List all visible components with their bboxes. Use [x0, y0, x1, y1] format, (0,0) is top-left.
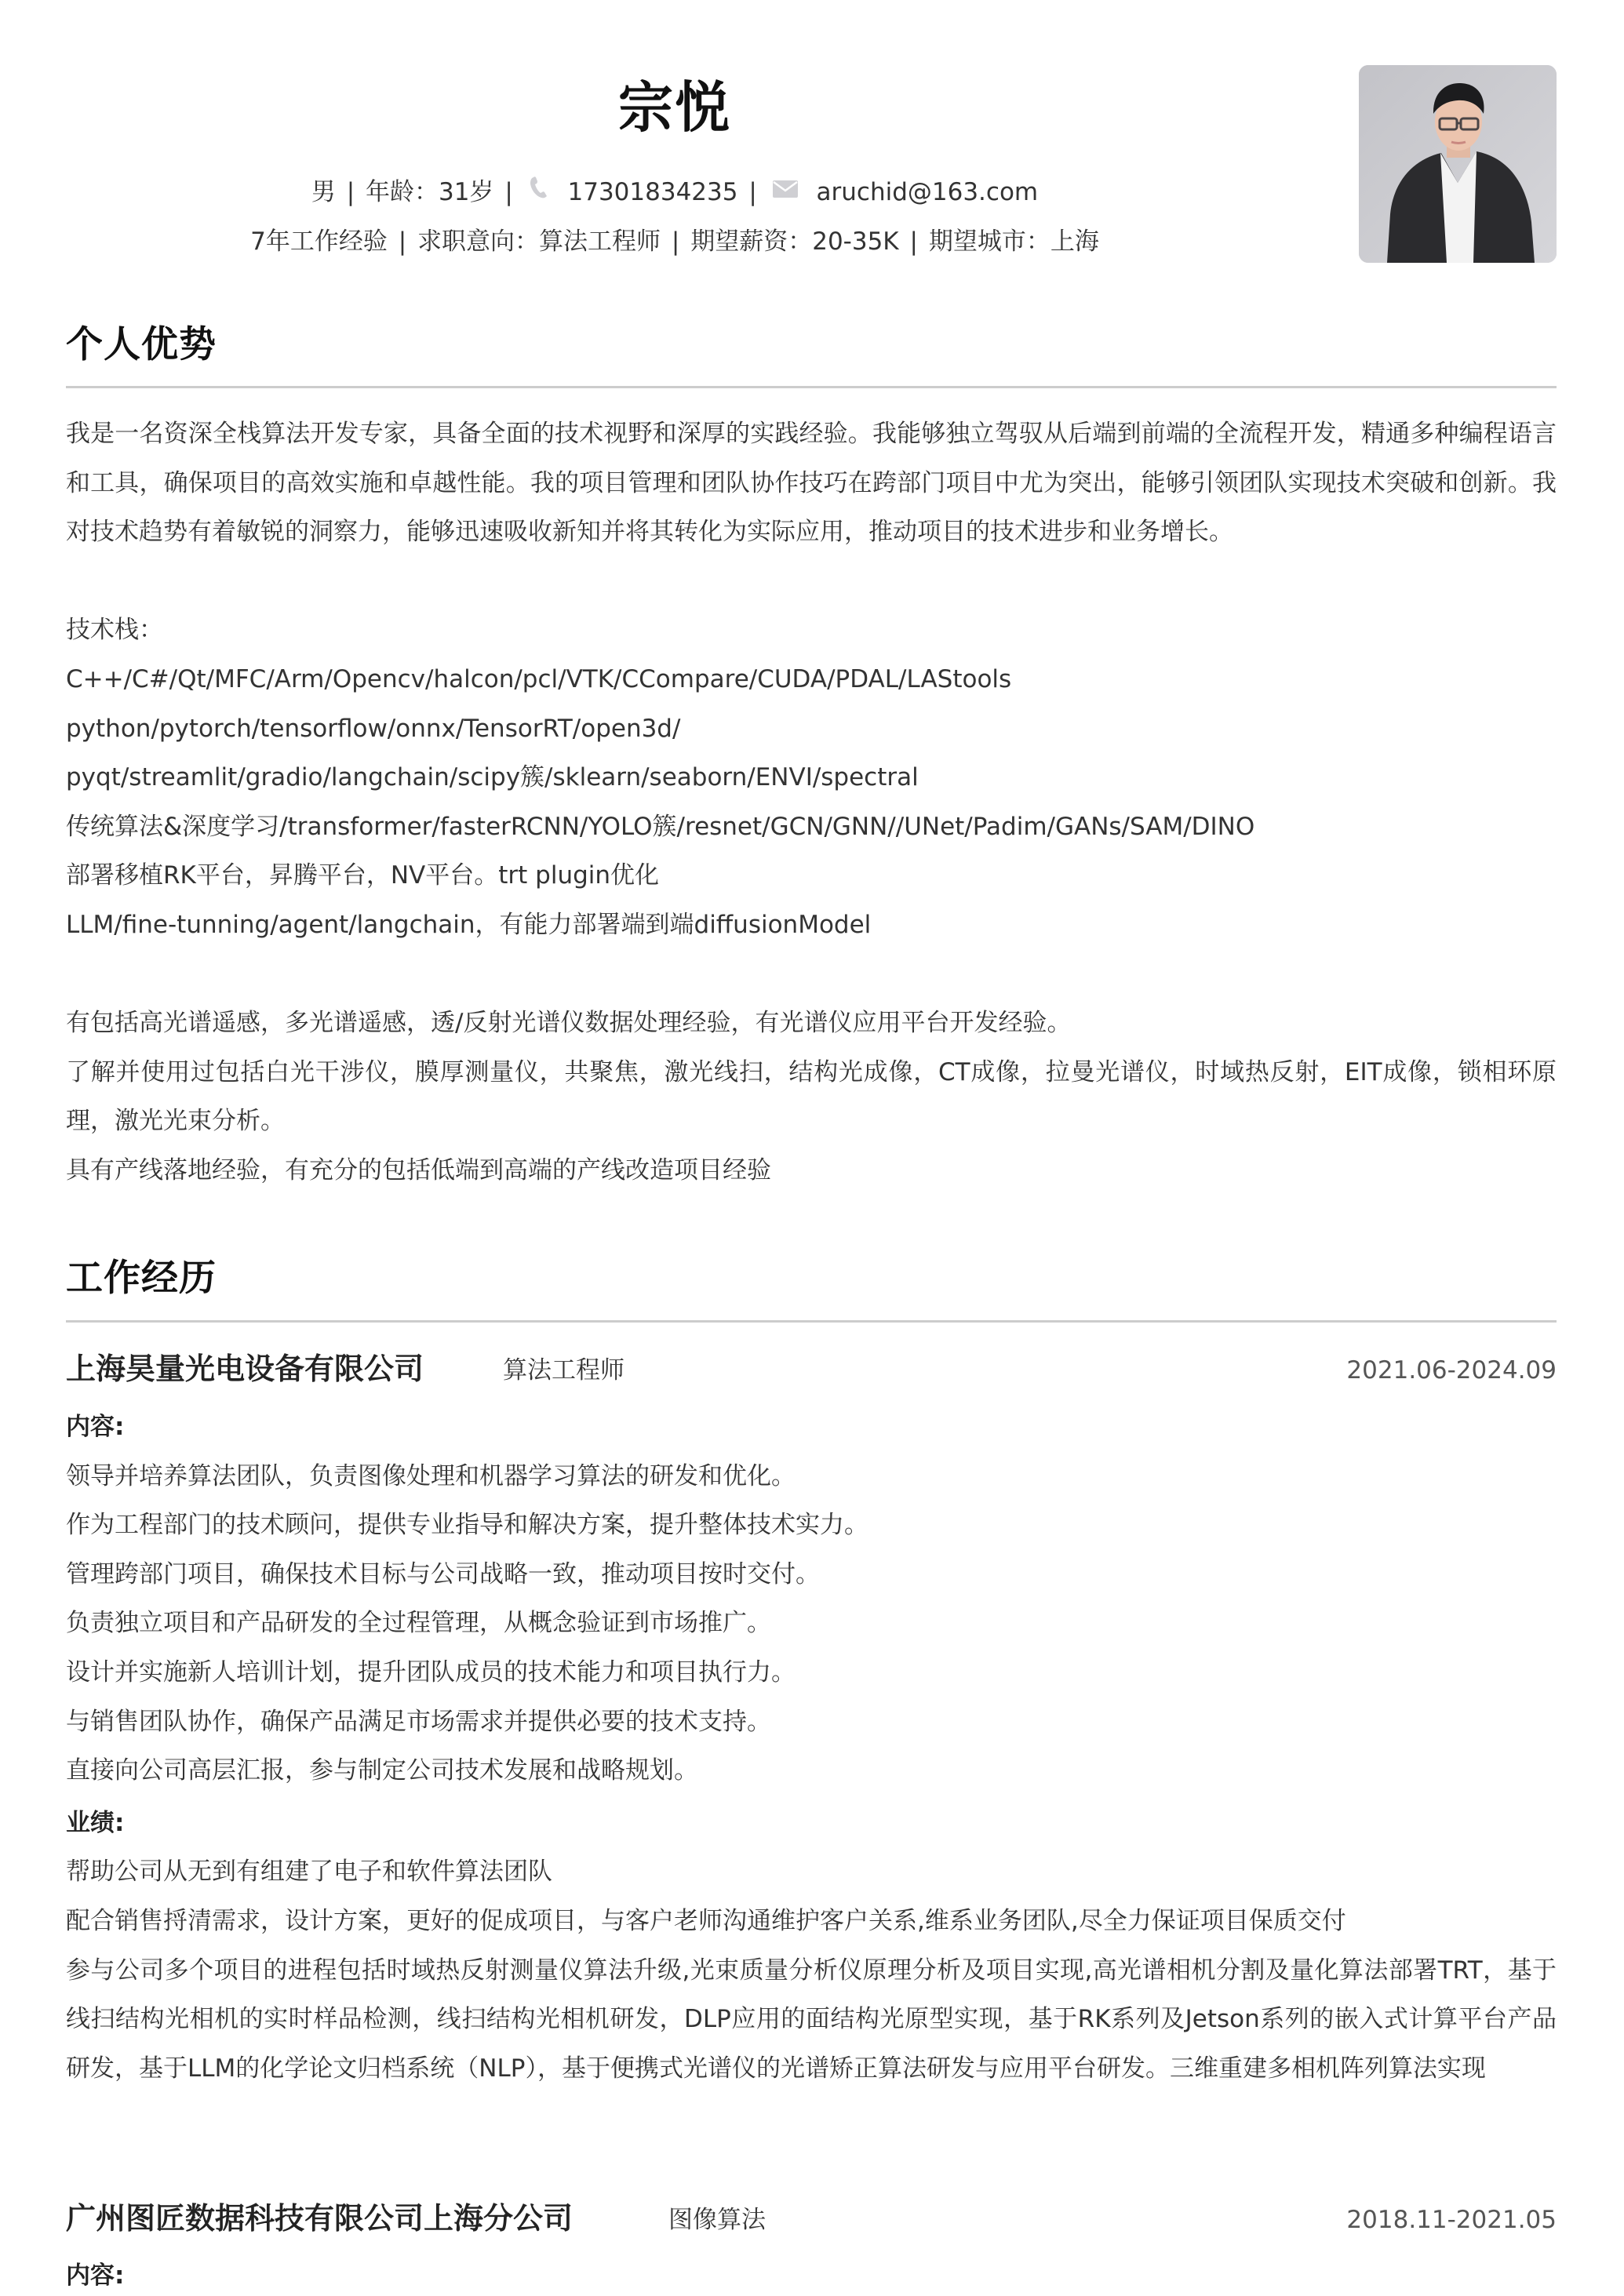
content-item: 管理跨部门项目，确保技术目标与公司战略一致，推动项目按时交付。 — [66, 1550, 1557, 1599]
separator: | — [504, 178, 512, 206]
years-experience: 7年工作经验 — [250, 227, 388, 256]
advantages-content: 我是一名资深全栈算法开发专家，具备全面的技术视野和深厚的实践经验。我能够独立驾驭… — [66, 409, 1557, 1195]
expected-city: 期望城市：上海 — [929, 227, 1099, 256]
section-divider — [66, 386, 1557, 388]
content-item: 与销售团队协作，确保产品满足市场需求并提供必要的技术支持。 — [66, 1697, 1557, 1747]
tech-stack-line: pyqt/streamlit/gradio/langchain/scipy簇/s… — [66, 753, 1557, 802]
job-date-range: 2018.11-2021.05 — [1346, 2196, 1557, 2243]
advantages-intro: 我是一名资深全栈算法开发专家，具备全面的技术视野和深厚的实践经验。我能够独立驾驭… — [66, 409, 1557, 557]
experience-line: 有包括高光谱遥感，多光谱遥感，透/反射光谱仪数据处理经验，有光谱仪应用平台开发经… — [66, 999, 1557, 1048]
content-item: 设计并实施新人培训计划，提升团队成员的技术能力和项目执行力。 — [66, 1648, 1557, 1697]
company-name: 上海昊量光电设备有限公司 — [66, 1345, 424, 1392]
basic-info-line: 男 | 年龄：31岁 | 17301834235 | aruchid@163.c… — [66, 175, 1284, 211]
experience-line: 了解并使用过包括白光干涉仪，膜厚测量仪，共聚焦，激光线扫，结构光成像，CT成像，… — [66, 1048, 1557, 1146]
separator: | — [399, 227, 406, 256]
company-name: 广州图匠数据科技有限公司上海分公司 — [66, 2195, 573, 2242]
job-intent-line: 7年工作经验 | 求职意向：算法工程师 | 期望薪资：20-35K | 期望城市… — [66, 224, 1284, 259]
job-details: 内容: — [66, 2251, 1557, 2296]
content-label: 内容: — [66, 1403, 1557, 1452]
job-role: 算法工程师 — [503, 1347, 624, 1394]
separator: | — [672, 227, 679, 256]
job-intent: 求职意向：算法工程师 — [417, 227, 661, 256]
job-header: 广州图匠数据科技有限公司上海分公司 图像算法 2018.11-2021.05 — [66, 2195, 1557, 2242]
age: 年龄：31岁 — [366, 178, 493, 206]
phone-icon — [529, 174, 549, 209]
tech-stack-line: C++/C#/Qt/MFC/Arm/Opencv/halcon/pcl/VTK/… — [66, 655, 1557, 704]
separator: | — [347, 178, 355, 206]
content-label: 内容: — [66, 2251, 1557, 2296]
achievement-item: 参与公司多个项目的进程包括时域热反射测量仪算法升级,光束质量分析仪原理分析及项目… — [66, 1946, 1557, 2094]
tech-stack-line: LLM/fine-tunning/agent/langchain，有能力部署端到… — [66, 901, 1557, 950]
expected-salary: 期望薪资：20-35K — [690, 227, 898, 256]
spacer — [66, 557, 1557, 606]
profile-photo — [1359, 65, 1557, 263]
content-item: 负责独立项目和产品研发的全过程管理，从概念验证到市场推广。 — [66, 1599, 1557, 1648]
achievements-label: 业绩: — [66, 1799, 1557, 1848]
mail-icon — [773, 174, 798, 209]
job-role: 图像算法 — [668, 2196, 766, 2243]
section-title-advantages: 个人优势 — [66, 322, 217, 369]
content-item: 作为工程部门的技术顾问，提供专业指导和解决方案，提升整体技术实力。 — [66, 1501, 1557, 1550]
tech-stack-line: 传统算法&深度学习/transformer/fasterRCNN/YOLO簇/r… — [66, 802, 1557, 852]
job-details: 内容: 领导并培养算法团队，负责图像处理和机器学习算法的研发和优化。 作为工程部… — [66, 1403, 1557, 2093]
tech-stack-line: 部署移植RK平台，昇腾平台，NV平台。trt plugin优化 — [66, 851, 1557, 901]
section-title-work: 工作经历 — [66, 1255, 217, 1302]
phone-number: 17301834235 — [568, 178, 738, 206]
resume-page: 宗悦 男 | 年龄：31岁 | 17301834235 | aruchid@16… — [66, 0, 1557, 282]
achievement-item: 配合销售捋清需求，设计方案，更好的促成项目，与客户老师沟通维护客户关系,维系业务… — [66, 1897, 1557, 1946]
tech-stack-label: 技术栈： — [66, 606, 1557, 655]
email-address: aruchid@163.com — [817, 178, 1039, 206]
separator: | — [748, 178, 756, 206]
achievement-item: 帮助公司从无到有组建了电子和软件算法团队 — [66, 1847, 1557, 1897]
separator: | — [910, 227, 918, 256]
job-header: 上海昊量光电设备有限公司 算法工程师 2021.06-2024.09 — [66, 1345, 1557, 1392]
experience-line: 具有产线落地经验，有充分的包括低端到高端的产线改造项目经验 — [66, 1146, 1557, 1195]
section-divider — [66, 1320, 1557, 1323]
tech-stack-line: python/pytorch/tensorflow/onnx/TensorRT/… — [66, 704, 1557, 754]
content-item: 直接向公司高层汇报，参与制定公司技术发展和战略规划。 — [66, 1746, 1557, 1796]
job-date-range: 2021.06-2024.09 — [1346, 1347, 1557, 1394]
resume-header: 宗悦 男 | 年龄：31岁 | 17301834235 | aruchid@16… — [66, 0, 1557, 282]
candidate-name: 宗悦 — [66, 72, 1284, 143]
content-item: 领导并培养算法团队，负责图像处理和机器学习算法的研发和优化。 — [66, 1452, 1557, 1501]
gender: 男 — [311, 178, 336, 206]
spacer — [66, 950, 1557, 999]
